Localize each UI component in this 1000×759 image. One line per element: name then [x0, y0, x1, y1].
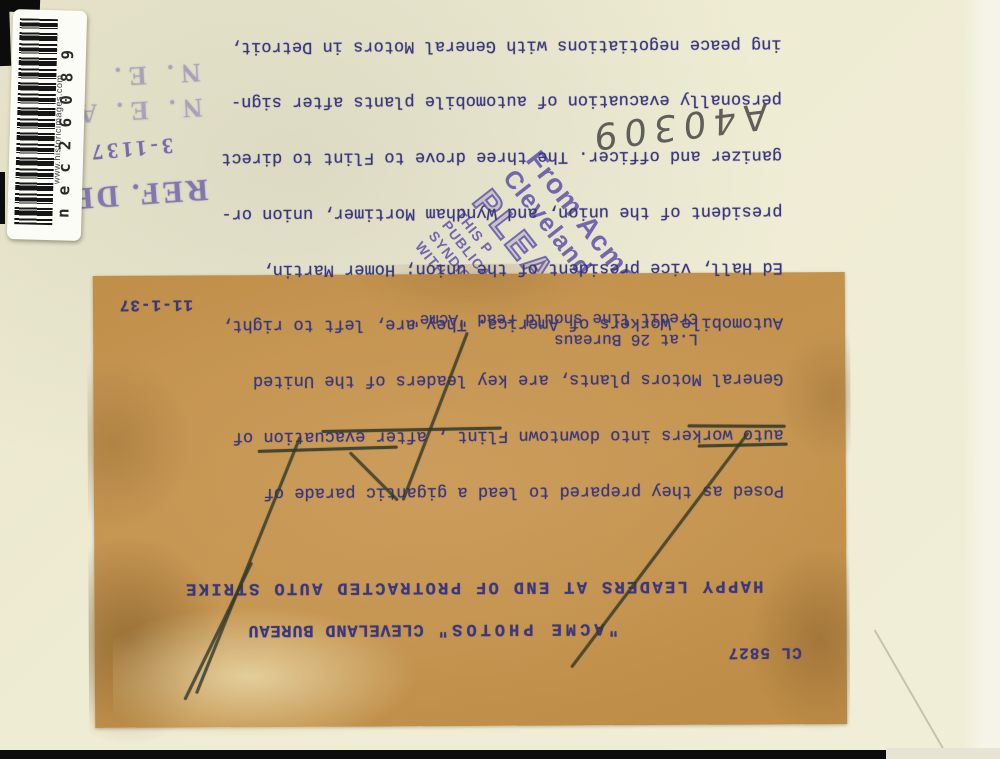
- bureau-name: CLEVELAND BUREAU: [248, 619, 424, 639]
- scratch-mark: [874, 629, 949, 756]
- scan-edge-shadow: [0, 750, 886, 759]
- barcode-sticker: nec26089 www.historicimages.com: [7, 9, 87, 241]
- scan-edge-light: [964, 0, 1000, 759]
- photo-back-scan: nec26089 www.historicimages.com N. E. A …: [0, 0, 1000, 759]
- caption-body-line: ing peace negotiations with General Moto…: [220, 33, 781, 55]
- nea-stamp: N. E. A N. E.: [68, 55, 203, 132]
- caption-headline: HAPPY LEADERS AT END OF PROTRACTED AUTO …: [184, 575, 764, 597]
- distribution-note: L.at 26 Bureaus: [554, 330, 698, 349]
- scan-edge-light: [886, 748, 1000, 759]
- nea-stamp-line: N. E.: [68, 55, 201, 97]
- caption-body: Posed as they prepared to lead a giganti…: [220, 0, 784, 538]
- agency-name: "ACME PHOTOS": [434, 618, 619, 638]
- credit-line: Credit line should read "Acme": [410, 309, 698, 329]
- caption-date: 11-1-37: [119, 295, 193, 313]
- caption-body-line: General Motors plants, are key leaders o…: [222, 368, 783, 390]
- date-code-stamp: 3-1137: [87, 132, 174, 165]
- caption-body-line: personally evacuation of automobile plan…: [221, 89, 782, 111]
- pen-underline-president: [688, 424, 786, 427]
- scan-edge-shadow: [0, 172, 5, 224]
- caption-body-line: president of the union, and Wyndham Mort…: [221, 201, 782, 223]
- photo-id: CL 5827: [728, 643, 802, 661]
- caption-body-line: ganizer and officer. The three drove to …: [221, 145, 782, 167]
- nea-stamp-line: N. E. A: [70, 90, 203, 132]
- caption-body-line: Ed Hall, vice president of the union; Ho…: [222, 256, 783, 278]
